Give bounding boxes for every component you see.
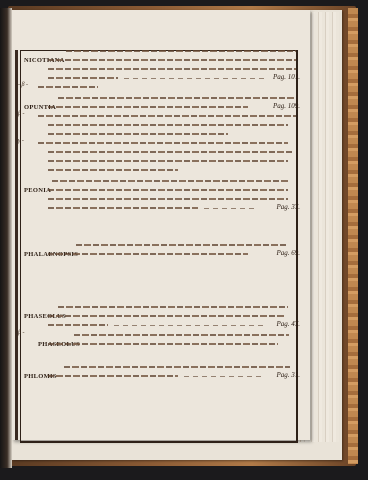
marbled-edge [348, 8, 358, 464]
page-reference: Pag. 101. [273, 73, 300, 81]
entry-phaseolus-sub: β -Phaseolus [24, 331, 304, 349]
subentry-marker: - β - [18, 82, 28, 88]
margin-rule [15, 50, 18, 440]
entry-nicotiana: Nicotiana Pag. 101. - β - [24, 47, 304, 92]
spine-gutter [0, 8, 12, 468]
entry-phaseolus: Phaseolus Pag. 47. [24, 303, 304, 330]
subentry-marker: γ - [18, 138, 24, 144]
page-reference: Pag. 69. [276, 249, 300, 257]
entry-phalaenopsis: Phalaenopsis Pag. 69. [24, 241, 304, 259]
subentry-marker: β - [18, 330, 25, 336]
entry-opuntia: Opuntia Pag. 109. β - γ - [24, 94, 304, 175]
entry-peonia: Peonia Pag. 37. [24, 177, 304, 213]
subentry-marker: β - [18, 111, 25, 117]
page-reference: Pag. 31. [276, 371, 300, 379]
page-reference: Pag. 109. [273, 102, 300, 110]
page-reference: Pag. 47. [276, 320, 300, 328]
page-reference: Pag. 37. [276, 203, 300, 211]
manuscript-page: Nicotiana Pag. 101. - β - Opuntia Pag. 1… [12, 10, 310, 440]
entry-phlomis: Phlomis Pag. 31. [24, 363, 304, 381]
